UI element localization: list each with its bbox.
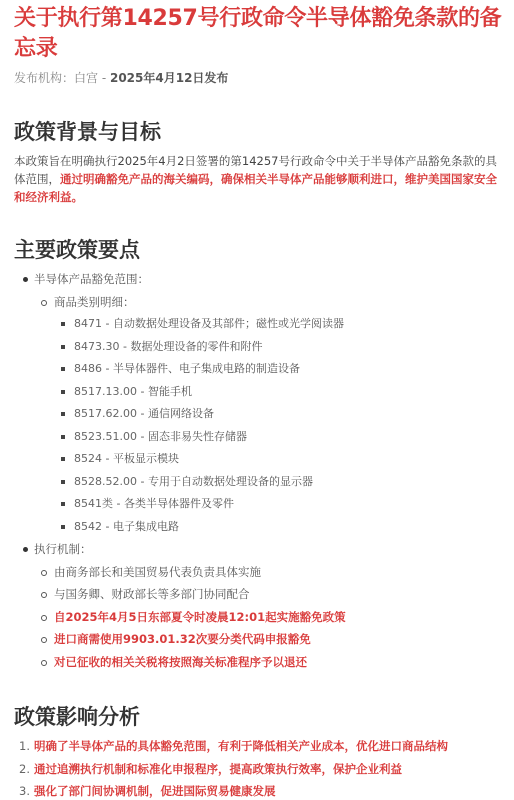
square-bullet-icon xyxy=(61,412,65,416)
square-bullet-icon xyxy=(61,502,65,506)
hs-code-item: 8517.62.00 - 通信网络设备 xyxy=(54,403,506,426)
disc-bullet-icon xyxy=(23,277,28,282)
impact-number: 3. xyxy=(19,780,30,800)
background-paragraph: 本政策旨在明确执行2025年4月2日签署的第14257号行政命令中关于半导体产品… xyxy=(14,152,506,206)
hs-code: 8542 xyxy=(74,520,102,533)
section-key-points: 主要政策要点 半导体产品豁免范围： 商品类别明细： 8471 - 自动数据处理设… xyxy=(14,236,506,673)
hs-code: 8471 xyxy=(74,317,102,330)
hs-code: 8517.13.00 xyxy=(74,385,137,398)
hs-code-item: 8517.13.00 - 智能手机 xyxy=(54,381,506,404)
hs-code: 8528.52.00 xyxy=(74,475,137,488)
publish-meta: 发布机构：白宫 - 2025年4月12日发布 xyxy=(14,70,506,86)
impact-item: 3.强化了部门间协调机制，促进国际贸易健康发展 xyxy=(14,780,506,800)
background-emphasis: 通过明确豁免产品的海关编码，确保相关半导体产品能够顺利进口，维护美国国家安全和经… xyxy=(14,172,497,204)
square-bullet-icon xyxy=(61,457,65,461)
hs-code: 8541类 xyxy=(74,497,113,510)
disc-bullet-icon xyxy=(23,547,28,552)
list-item-mechanism: 执行机制： 由商务部长和美国贸易代表负责具体实施 与国务卿、财政部长等多部门协同… xyxy=(14,538,506,673)
circle-bullet-icon xyxy=(41,637,47,643)
impact-text: 强化了部门间协调机制，促进国际贸易健康发展 xyxy=(34,784,276,798)
publisher-label: 发布机构：白宫 - xyxy=(14,71,110,85)
impact-text: 明确了半导体产品的具体豁免范围，有利于降低相关产业成本，优化进口商品结构 xyxy=(34,739,448,753)
hs-desc: - 数据处理设备的零件和附件 xyxy=(120,340,263,353)
hs-desc: - 平板显示模块 xyxy=(102,452,179,465)
key-points-list: 半导体产品豁免范围： 商品类别明细： 8471 - 自动数据处理设备及其部件；磁… xyxy=(14,268,506,673)
hs-desc: - 专用于自动数据处理设备的显示器 xyxy=(137,475,313,488)
hs-code-item: 8542 - 电子集成电路 xyxy=(54,516,506,539)
hs-code: 8517.62.00 xyxy=(74,407,137,420)
impact-item: 2.通过追溯执行机制和标准化申报程序，提高政策执行效率，保护企业利益 xyxy=(14,758,506,781)
square-bullet-icon xyxy=(61,435,65,439)
section-impact: 政策影响分析 1.明确了半导体产品的具体豁免范围，有利于降低相关产业成本，优化进… xyxy=(14,703,506,800)
circle-bullet-icon xyxy=(41,570,47,576)
hs-code: 8486 xyxy=(74,362,102,375)
mechanism-item: 与国务卿、财政部长等多部门协同配合 xyxy=(34,583,506,606)
document-page: 关于执行第14257号行政命令半导体豁免条款的备忘录 发布机构：白宫 - 202… xyxy=(0,0,514,800)
hs-desc: - 智能手机 xyxy=(137,385,192,398)
hs-code-item: 8473.30 - 数据处理设备的零件和附件 xyxy=(54,336,506,359)
hs-code-item: 8523.51.00 - 固态非易失性存储器 xyxy=(54,426,506,449)
mechanism-item: 自2025年4月5日东部夏令时凌晨12:01起实施豁免政策 xyxy=(34,606,506,629)
mechanism-item: 进口商需使用9903.01.32次要分类代码申报豁免 xyxy=(34,628,506,651)
square-bullet-icon xyxy=(61,367,65,371)
square-bullet-icon xyxy=(61,480,65,484)
circle-bullet-icon xyxy=(41,660,47,666)
circle-bullet-icon xyxy=(41,615,47,621)
section-background: 政策背景与目标 本政策旨在明确执行2025年4月2日签署的第14257号行政命令… xyxy=(14,118,506,206)
hs-code-item: 8471 - 自动数据处理设备及其部件；磁性或光学阅读器 xyxy=(54,313,506,336)
mechanism-text-emphasis: 自2025年4月5日东部夏令时凌晨12:01起实施豁免政策 xyxy=(54,610,346,624)
hs-desc: - 半导体器件、电子集成电路的制造设备 xyxy=(102,362,300,375)
hs-code: 8473.30 xyxy=(74,340,120,353)
section-title-key-points: 主要政策要点 xyxy=(14,236,506,264)
impact-item: 1.明确了半导体产品的具体豁免范围，有利于降低相关产业成本，优化进口商品结构 xyxy=(14,735,506,758)
mechanism-sublist: 由商务部长和美国贸易代表负责具体实施 与国务卿、财政部长等多部门协同配合 自20… xyxy=(34,561,506,674)
scope-sublist: 商品类别明细： 8471 - 自动数据处理设备及其部件；磁性或光学阅读器 847… xyxy=(34,291,506,539)
hs-code-item: 8528.52.00 - 专用于自动数据处理设备的显示器 xyxy=(54,471,506,494)
hs-code-item: 8486 - 半导体器件、电子集成电路的制造设备 xyxy=(54,358,506,381)
hs-desc: - 各类半导体器件及零件 xyxy=(113,497,234,510)
hs-desc: - 固态非易失性存储器 xyxy=(137,430,247,443)
mechanism-text: 与国务卿、财政部长等多部门协同配合 xyxy=(54,587,250,601)
list-item-scope: 半导体产品豁免范围： 商品类别明细： 8471 - 自动数据处理设备及其部件；磁… xyxy=(14,268,506,538)
document-title: 关于执行第14257号行政命令半导体豁免条款的备忘录 xyxy=(14,4,506,64)
hs-code: 8523.51.00 xyxy=(74,430,137,443)
hs-desc: - 自动数据处理设备及其部件；磁性或光学阅读器 xyxy=(102,317,344,330)
list-item-categories: 商品类别明细： 8471 - 自动数据处理设备及其部件；磁性或光学阅读器 847… xyxy=(34,291,506,539)
mechanism-text-emphasis: 进口商需使用9903.01.32次要分类代码申报豁免 xyxy=(54,632,311,646)
hs-code-list: 8471 - 自动数据处理设备及其部件；磁性或光学阅读器 8473.30 - 数… xyxy=(54,313,506,538)
square-bullet-icon xyxy=(61,525,65,529)
hs-code: 8524 xyxy=(74,452,102,465)
impact-text: 通过追溯执行机制和标准化申报程序，提高政策执行效率，保护企业利益 xyxy=(34,762,402,776)
publish-date: 2025年4月12日发布 xyxy=(110,71,228,85)
mechanism-label: 执行机制： xyxy=(34,542,92,556)
circle-bullet-icon xyxy=(41,300,47,306)
square-bullet-icon xyxy=(61,322,65,326)
circle-bullet-icon xyxy=(41,592,47,598)
mechanism-text-emphasis: 对已征收的相关关税将按照海关标准程序予以退还 xyxy=(54,655,307,669)
hs-desc: - 通信网络设备 xyxy=(137,407,214,420)
hs-code-item: 8524 - 平板显示模块 xyxy=(54,448,506,471)
mechanism-item: 对已征收的相关关税将按照海关标准程序予以退还 xyxy=(34,651,506,674)
mechanism-text: 由商务部长和美国贸易代表负责具体实施 xyxy=(54,565,261,579)
section-title-background: 政策背景与目标 xyxy=(14,118,506,146)
impact-list: 1.明确了半导体产品的具体豁免范围，有利于降低相关产业成本，优化进口商品结构 2… xyxy=(14,735,506,800)
impact-number: 2. xyxy=(19,758,30,781)
hs-code-item: 8541类 - 各类半导体器件及零件 xyxy=(54,493,506,516)
square-bullet-icon xyxy=(61,390,65,394)
categories-label: 商品类别明细： xyxy=(54,295,135,309)
section-title-impact: 政策影响分析 xyxy=(14,703,506,731)
mechanism-item: 由商务部长和美国贸易代表负责具体实施 xyxy=(34,561,506,584)
impact-number: 1. xyxy=(19,735,30,758)
square-bullet-icon xyxy=(61,345,65,349)
scope-label: 半导体产品豁免范围： xyxy=(34,272,149,286)
hs-desc: - 电子集成电路 xyxy=(102,520,179,533)
